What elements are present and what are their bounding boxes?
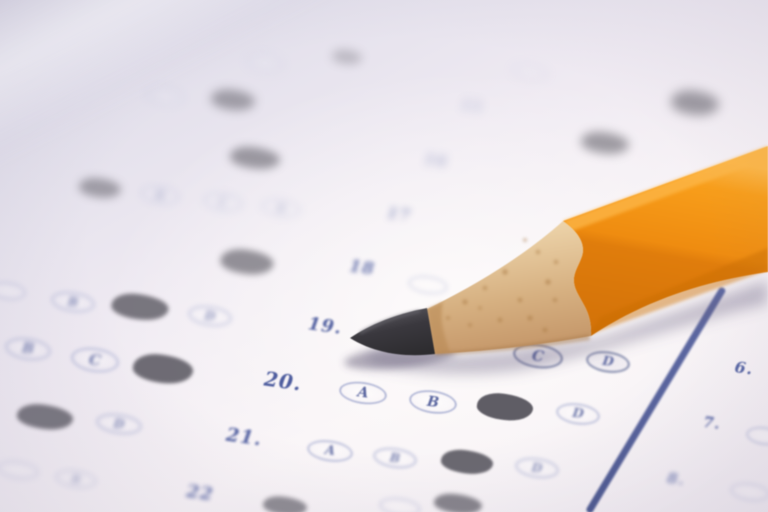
pencil-wood-cone <box>427 221 591 355</box>
pencil <box>0 0 768 512</box>
scantron-pencil-photo: 1516171819.20.21.226.7.8.BCDBDBCDBCDABDA… <box>0 0 768 512</box>
pencil-graphite-tip <box>350 308 435 355</box>
